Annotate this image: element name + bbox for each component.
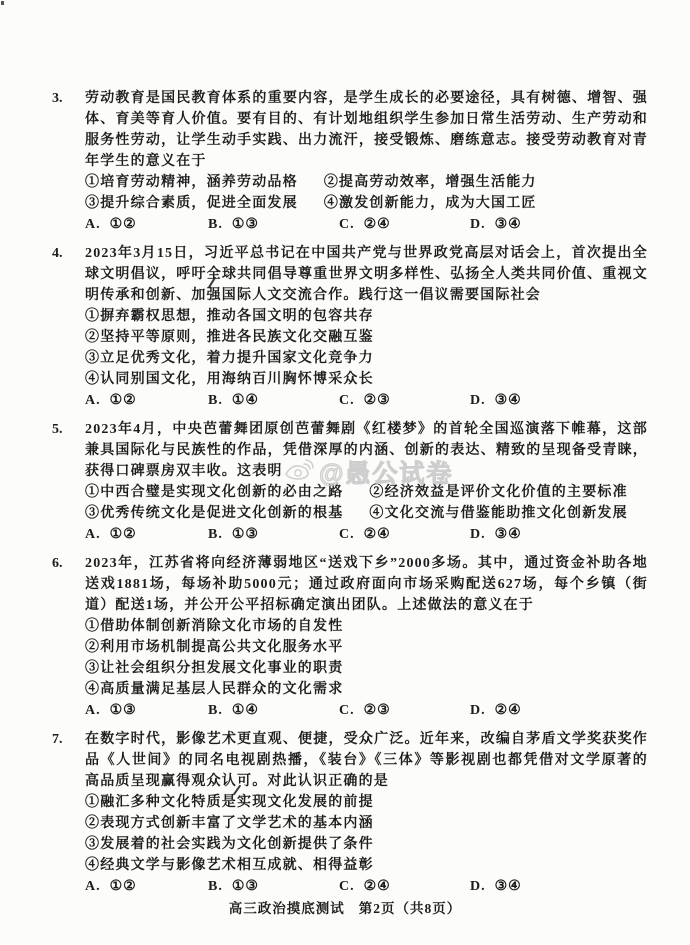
question-number: 5. bbox=[52, 419, 85, 482]
statement-4: ④经典文学与影像艺术相互成就、相得益彰 bbox=[85, 858, 374, 873]
option-value: ①② bbox=[110, 393, 137, 408]
statement-1: ①融汇多种文化特质是实现文化发展的前提 bbox=[85, 795, 374, 810]
page-footer: 高三政治摸底测试第2页（共8页） bbox=[0, 897, 690, 917]
option-value: ①③ bbox=[232, 217, 259, 232]
footer-page-info: 第2页（共8页） bbox=[359, 901, 462, 916]
question-stem: 2023年，江苏省将向经济薄弱地区“送戏下乡”2000多场。其中，通过资金补助各… bbox=[85, 553, 648, 616]
options-row: A.①② B.①③ C.②④ D.③④ bbox=[52, 214, 648, 235]
option-d: D.③④ bbox=[470, 390, 648, 411]
statement-3: ③提升综合素质，促进全面发展 bbox=[85, 193, 298, 214]
statement-1: ①培育劳动精神，涵养劳动品格 bbox=[85, 172, 298, 193]
option-value: ③④ bbox=[495, 527, 522, 542]
question-7: 7. 在数字时代，影像艺术更直观、便捷，受众广泛。近年来，改编自茅盾文学奖获奖作… bbox=[52, 729, 648, 897]
option-b: B.①④ bbox=[208, 390, 339, 411]
question-3: 3. 劳动教育是国民教育体系的重要内容，是学生成长的必要途径，具有树德、增智、强… bbox=[52, 88, 648, 235]
option-label: C. bbox=[339, 393, 355, 408]
option-a: A.①② bbox=[85, 214, 208, 235]
option-value: ①③ bbox=[232, 527, 259, 542]
option-label: B. bbox=[208, 393, 223, 408]
options-row: A.①② B.①③ C.②④ D.③④ bbox=[52, 876, 648, 897]
option-value: ①③ bbox=[232, 879, 259, 894]
option-label: D. bbox=[470, 393, 486, 408]
option-label: C. bbox=[339, 527, 355, 542]
question-number: 7. bbox=[52, 729, 85, 792]
statement-2: ②经济效益是评价文化价值的主要标准 bbox=[369, 482, 627, 503]
option-label: D. bbox=[470, 217, 486, 232]
statement-list: ①借助体制创新消除文化市场的自发性 ②利用市场机制提高公共文化服务水平 ③让社会… bbox=[52, 616, 648, 700]
question-number: 4. bbox=[52, 243, 85, 306]
options-row: A.①② B.①④ C.②③ D.③④ bbox=[52, 390, 648, 411]
option-b: B.①④ bbox=[208, 700, 339, 721]
option-b: B.①③ bbox=[208, 876, 339, 897]
option-label: B. bbox=[208, 703, 223, 718]
statement-list: ①摒弃霸权思想，推动各国文明的包容共存 ②坚持平等原则，推进各民族文化交融互鉴 … bbox=[52, 306, 648, 390]
statement-3: ③发展着的社会实践为文化创新提供了条件 bbox=[85, 837, 374, 852]
option-value: ③④ bbox=[495, 879, 522, 894]
option-label: B. bbox=[208, 217, 223, 232]
question-number: 6. bbox=[52, 553, 85, 616]
option-value: ①② bbox=[110, 879, 137, 894]
statement-list: ①中西合璧是实现文化创新的必由之路 ②经济效益是评价文化价值的主要标准 ③优秀传… bbox=[52, 482, 648, 524]
statement-list: ①融汇多种文化特质是实现文化发展的前提 ②表现方式创新丰富了文学艺术的基本内涵 … bbox=[52, 792, 648, 876]
option-b: B.①③ bbox=[208, 524, 339, 545]
question-number: 3. bbox=[52, 88, 85, 172]
option-value: ①② bbox=[110, 527, 137, 542]
option-c: C.②③ bbox=[339, 700, 470, 721]
statement-2: ②坚持平等原则，推进各民族文化交融互鉴 bbox=[85, 330, 374, 345]
statement-1: ①摒弃霸权思想，推动各国文明的包容共存 bbox=[85, 309, 374, 324]
option-c: C.②④ bbox=[339, 214, 470, 235]
option-label: C. bbox=[339, 217, 355, 232]
option-a: A.①② bbox=[85, 876, 208, 897]
statement-4: ④激发创新能力，成为大国工匠 bbox=[324, 193, 537, 214]
option-b: B.①③ bbox=[208, 214, 339, 235]
option-value: ②④ bbox=[364, 217, 391, 232]
statement-list: ①培育劳动精神，涵养劳动品格 ②提高劳动效率，增强生活能力 ③提升综合素质，促进… bbox=[52, 172, 648, 214]
question-5: 5. 2023年4月，中央芭蕾舞团原创芭蕾舞剧《红楼梦》的首轮全国巡演落下帷幕，… bbox=[52, 419, 648, 545]
option-value: ②③ bbox=[364, 703, 391, 718]
option-value: ②④ bbox=[495, 703, 522, 718]
option-c: C.②④ bbox=[339, 876, 470, 897]
question-6: 6. 2023年，江苏省将向经济薄弱地区“送戏下乡”2000多场。其中，通过资金… bbox=[52, 553, 648, 721]
statement-2: ②表现方式创新丰富了文学艺术的基本内涵 bbox=[85, 816, 374, 831]
option-a: A.①③ bbox=[85, 700, 208, 721]
exam-paper-page: 3. 劳动教育是国民教育体系的重要内容，是学生成长的必要途径，具有树德、增智、强… bbox=[0, 0, 690, 945]
option-label: A. bbox=[85, 879, 101, 894]
statement-3: ③让社会组织分担发展文化事业的职责 bbox=[85, 661, 343, 676]
statement-2: ②提高劳动效率，增强生活能力 bbox=[324, 172, 537, 193]
option-value: ③④ bbox=[495, 217, 522, 232]
option-label: A. bbox=[85, 393, 101, 408]
scan-artifact bbox=[1, 1, 4, 5]
option-c: C.②④ bbox=[339, 524, 470, 545]
option-value: ②④ bbox=[364, 527, 391, 542]
option-label: B. bbox=[208, 527, 223, 542]
option-value: ①④ bbox=[232, 703, 259, 718]
statement-1: ①中西合璧是实现文化创新的必由之路 bbox=[85, 482, 343, 503]
statement-3: ③优秀传统文化是促进文化创新的根基 bbox=[85, 503, 343, 524]
option-value: ③④ bbox=[495, 393, 522, 408]
option-value: ①② bbox=[110, 217, 137, 232]
option-d: D.③④ bbox=[470, 524, 648, 545]
question-stem: 在数字时代，影像艺术更直观、便捷，受众广泛。近年来，改编自茅盾文学奖获奖作品《人… bbox=[85, 729, 648, 792]
option-a: A.①② bbox=[85, 390, 208, 411]
option-d: D.③④ bbox=[470, 876, 648, 897]
options-row: A.①③ B.①④ C.②③ D.②④ bbox=[52, 700, 648, 721]
footer-test-name: 高三政治摸底测试 bbox=[229, 901, 345, 916]
option-a: A.①② bbox=[85, 524, 208, 545]
option-label: D. bbox=[470, 703, 486, 718]
option-d: D.②④ bbox=[470, 700, 648, 721]
statement-3: ③立足优秀文化，着力提升国家文化竞争力 bbox=[85, 351, 374, 366]
statement-4: ④高质量满足基层人民群众的文化需求 bbox=[85, 682, 343, 697]
option-label: A. bbox=[85, 217, 101, 232]
option-label: A. bbox=[85, 703, 101, 718]
option-value: ①④ bbox=[232, 393, 259, 408]
option-value: ①③ bbox=[110, 703, 137, 718]
option-label: C. bbox=[339, 879, 355, 894]
option-c: C.②③ bbox=[339, 390, 470, 411]
questions-area: 3. 劳动教育是国民教育体系的重要内容，是学生成长的必要途径，具有树德、增智、强… bbox=[52, 88, 648, 905]
option-d: D.③④ bbox=[470, 214, 648, 235]
statement-2: ②利用市场机制提高公共文化服务水平 bbox=[85, 640, 343, 655]
question-stem: 劳动教育是国民教育体系的重要内容，是学生成长的必要途径，具有树德、增智、强体、育… bbox=[85, 88, 648, 172]
statement-4: ④文化交流与借鉴能助推文化创新发展 bbox=[369, 503, 627, 524]
option-label: D. bbox=[470, 879, 486, 894]
options-row: A.①② B.①③ C.②④ D.③④ bbox=[52, 524, 648, 545]
statement-1: ①借助体制创新消除文化市场的自发性 bbox=[85, 619, 343, 634]
statement-4: ④认同别国文化，用海纳百川胸怀博采众长 bbox=[85, 372, 374, 387]
question-4: 4. 2023年3月15日，习近平总书记在中国共产党与世界政党高层对话会上，首次… bbox=[52, 243, 648, 411]
question-stem: 2023年3月15日，习近平总书记在中国共产党与世界政党高层对话会上，首次提出全… bbox=[85, 243, 648, 306]
option-label: B. bbox=[208, 879, 223, 894]
option-label: C. bbox=[339, 703, 355, 718]
option-label: A. bbox=[85, 527, 101, 542]
option-label: D. bbox=[470, 527, 486, 542]
option-value: ②④ bbox=[364, 879, 391, 894]
question-stem: 2023年4月，中央芭蕾舞团原创芭蕾舞剧《红楼梦》的首轮全国巡演落下帷幕，这部兼… bbox=[85, 419, 648, 482]
option-value: ②③ bbox=[364, 393, 391, 408]
